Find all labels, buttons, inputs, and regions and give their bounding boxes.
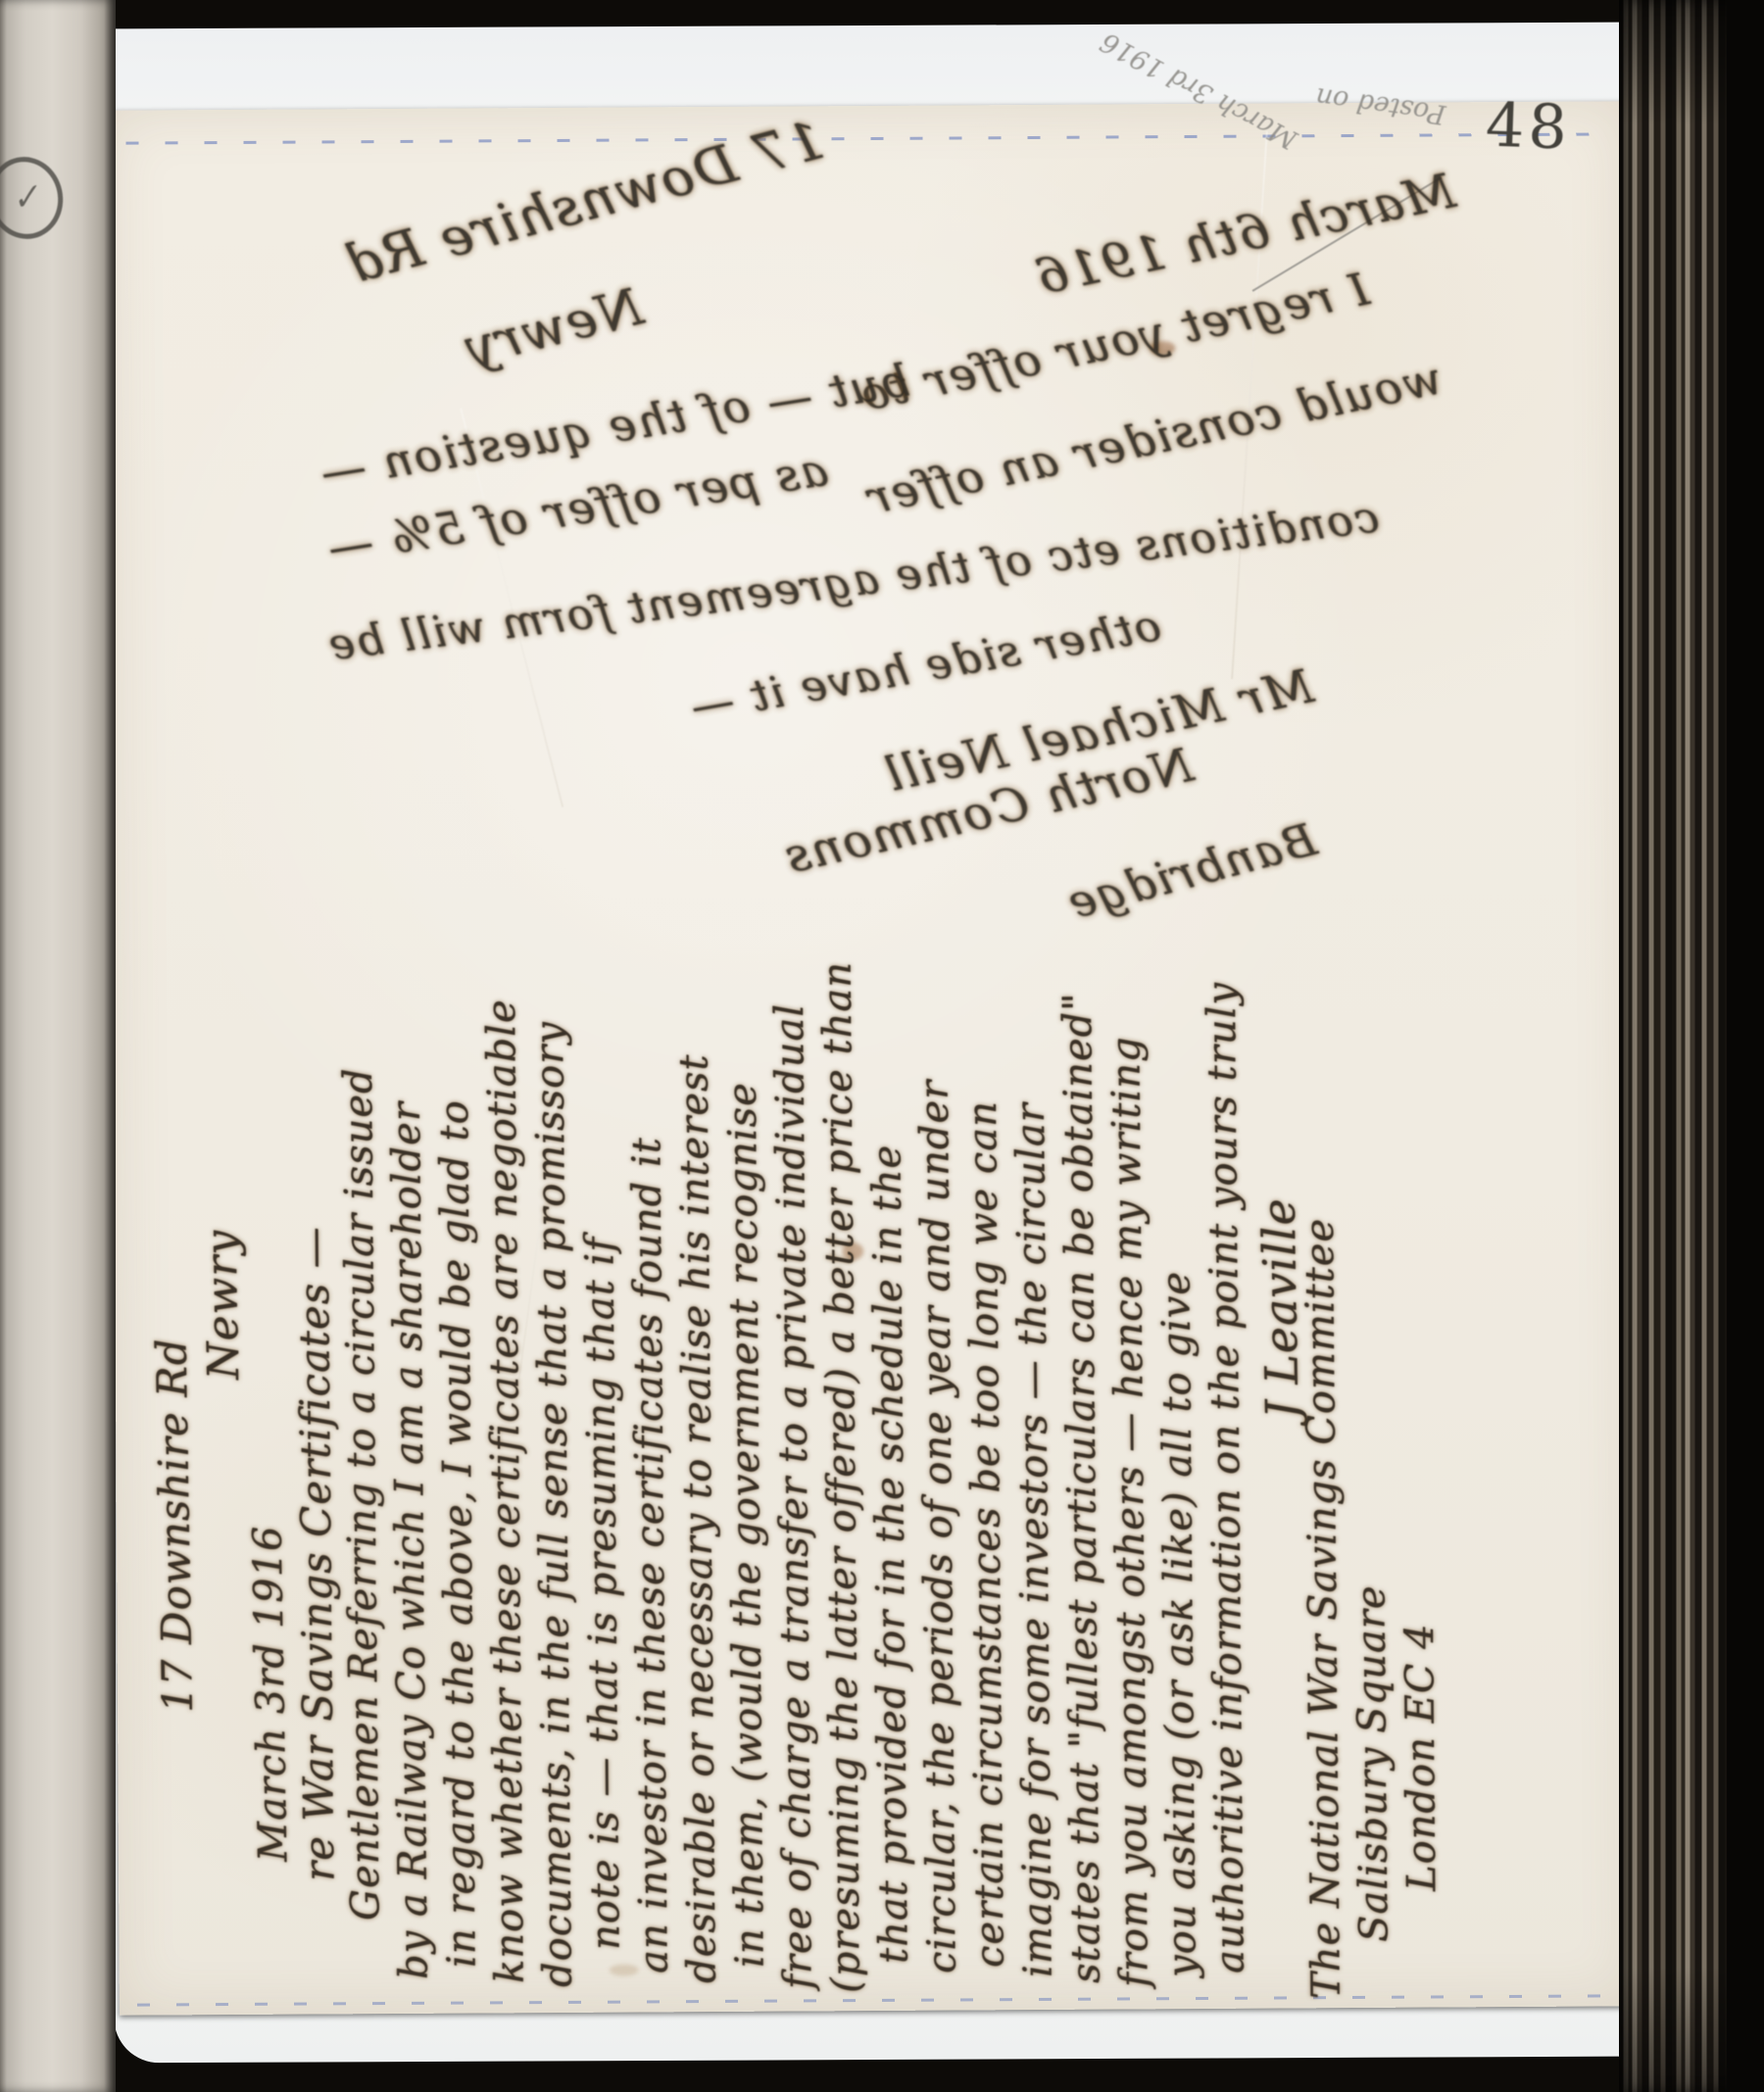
- letterbook-photo: ✓ 48 Posted on March 3rd 1916 17 Downshi…: [0, 0, 1764, 2092]
- letter-line: re War Savings Certificates —: [287, 909, 344, 1881]
- book-cover: [1727, 0, 1764, 2092]
- letter-line: authoritive information on the point you…: [1199, 909, 1255, 1973]
- letter-text-block: 17 Downshire RdNewryMarch 3rd 1916re War…: [147, 909, 1460, 2007]
- ghost-text-line: Newry: [458, 278, 648, 379]
- handwritten-letter-rotated: 17 Downshire RdNewryMarch 3rd 1916re War…: [147, 909, 1460, 2009]
- ghost-text-line: 17 Downshire Rd: [338, 109, 830, 296]
- letter-line: Salisbury Square: [1343, 909, 1399, 1942]
- book-page-edges: [1619, 0, 1735, 2092]
- ghost-text-line: March 6th 1916: [1030, 162, 1460, 306]
- letter-line: London EC 4: [1392, 909, 1448, 1891]
